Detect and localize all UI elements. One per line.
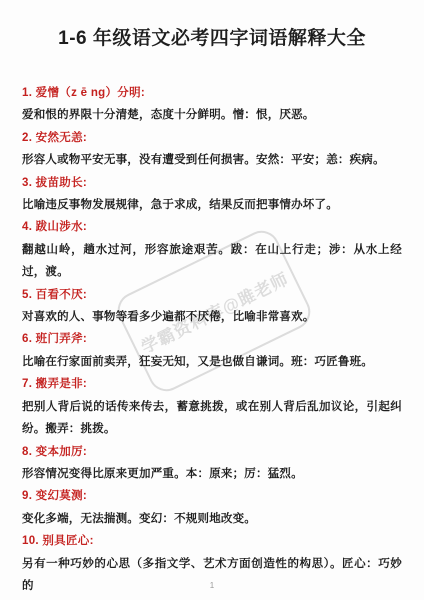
item-heading: 3. 拔苗助长:: [22, 172, 402, 194]
page-number: 1: [0, 581, 424, 590]
item-body: 对喜欢的人、事物等看多少遍都不厌倦，比喻非常喜欢。: [22, 306, 402, 328]
vocab-item: 5. 百看不厌: 对喜欢的人、事物等看多少遍都不厌倦，比喻非常喜欢。: [22, 284, 402, 329]
item-body: 把别人背后说的话传来传去，蓄意挑拨，或在别人背后乱加议论，引起纠纷。搬弄：挑拨。: [22, 396, 402, 441]
vocab-item: 9. 变幻莫测: 变化多端，无法揣测。变幻：不规则地改变。: [22, 485, 402, 530]
item-body: 爱和恨的界限十分清楚，态度十分鲜明。憎：恨，厌恶。: [22, 104, 402, 126]
item-body: 翻越山岭，趟水过河，形容旅途艰苦。跋：在山上行走；涉：从水上经过，渡。: [22, 239, 402, 284]
page-title: 1-6 年级语文必考四字词语解释大全: [22, 0, 402, 50]
item-body: 比喻违反事物发展规律，急于求成，结果反而把事情办坏了。: [22, 194, 402, 216]
item-heading: 6. 班门弄斧:: [22, 328, 402, 350]
item-heading: 7. 搬弄是非:: [22, 373, 402, 395]
item-heading: 10. 别具匠心:: [22, 530, 402, 552]
vocab-item: 8. 变本加厉: 形容情况变得比原来更加严重。本：原来；厉：猛烈。: [22, 441, 402, 486]
vocab-list: 1. 爱憎（z ē ng）分明: 爱和恨的界限十分清楚，态度十分鲜明。憎：恨，厌…: [22, 82, 402, 597]
item-heading: 5. 百看不厌:: [22, 284, 402, 306]
item-heading: 1. 爱憎（z ē ng）分明:: [22, 82, 402, 104]
item-body: 变化多端，无法揣测。变幻：不规则地改变。: [22, 508, 402, 530]
item-body: 形容人或物平安无事，没有遭受到任何损害。安然：平安；恙：疾病。: [22, 149, 402, 171]
vocab-item: 7. 搬弄是非: 把别人背后说的话传来传去，蓄意挑拨，或在别人背后乱加议论，引起…: [22, 373, 402, 440]
item-heading: 2. 安然无恙:: [22, 127, 402, 149]
vocab-item: 3. 拔苗助长: 比喻违反事物发展规律，急于求成，结果反而把事情办坏了。: [22, 172, 402, 217]
vocab-item: 4. 跋山涉水: 翻越山岭，趟水过河，形容旅途艰苦。跋：在山上行走；涉：从水上经…: [22, 216, 402, 283]
item-body: 比喻在行家面前卖弄，狂妄无知，又是也做自谦词。班：巧匠鲁班。: [22, 351, 402, 373]
item-heading: 4. 跋山涉水:: [22, 216, 402, 238]
vocab-item: 1. 爱憎（z ē ng）分明: 爱和恨的界限十分清楚，态度十分鲜明。憎：恨，厌…: [22, 82, 402, 127]
vocab-item: 6. 班门弄斧: 比喻在行家面前卖弄，狂妄无知，又是也做自谦词。班：巧匠鲁班。: [22, 328, 402, 373]
vocab-item: 2. 安然无恙: 形容人或物平安无事，没有遭受到任何损害。安然：平安；恙：疾病。: [22, 127, 402, 172]
document-page: 学霸资料库@雎老师 1-6 年级语文必考四字词语解释大全 1. 爱憎（z ē n…: [0, 0, 424, 600]
document-content: 1-6 年级语文必考四字词语解释大全 1. 爱憎（z ē ng）分明: 爱和恨的…: [0, 0, 424, 597]
item-heading: 9. 变幻莫测:: [22, 485, 402, 507]
item-heading: 8. 变本加厉:: [22, 441, 402, 463]
item-body: 形容情况变得比原来更加严重。本：原来；厉：猛烈。: [22, 463, 402, 485]
item-body: 另有一种巧妙的心思（多指文学、艺术方面创造性的构思）。匠心：巧妙的: [22, 553, 402, 598]
